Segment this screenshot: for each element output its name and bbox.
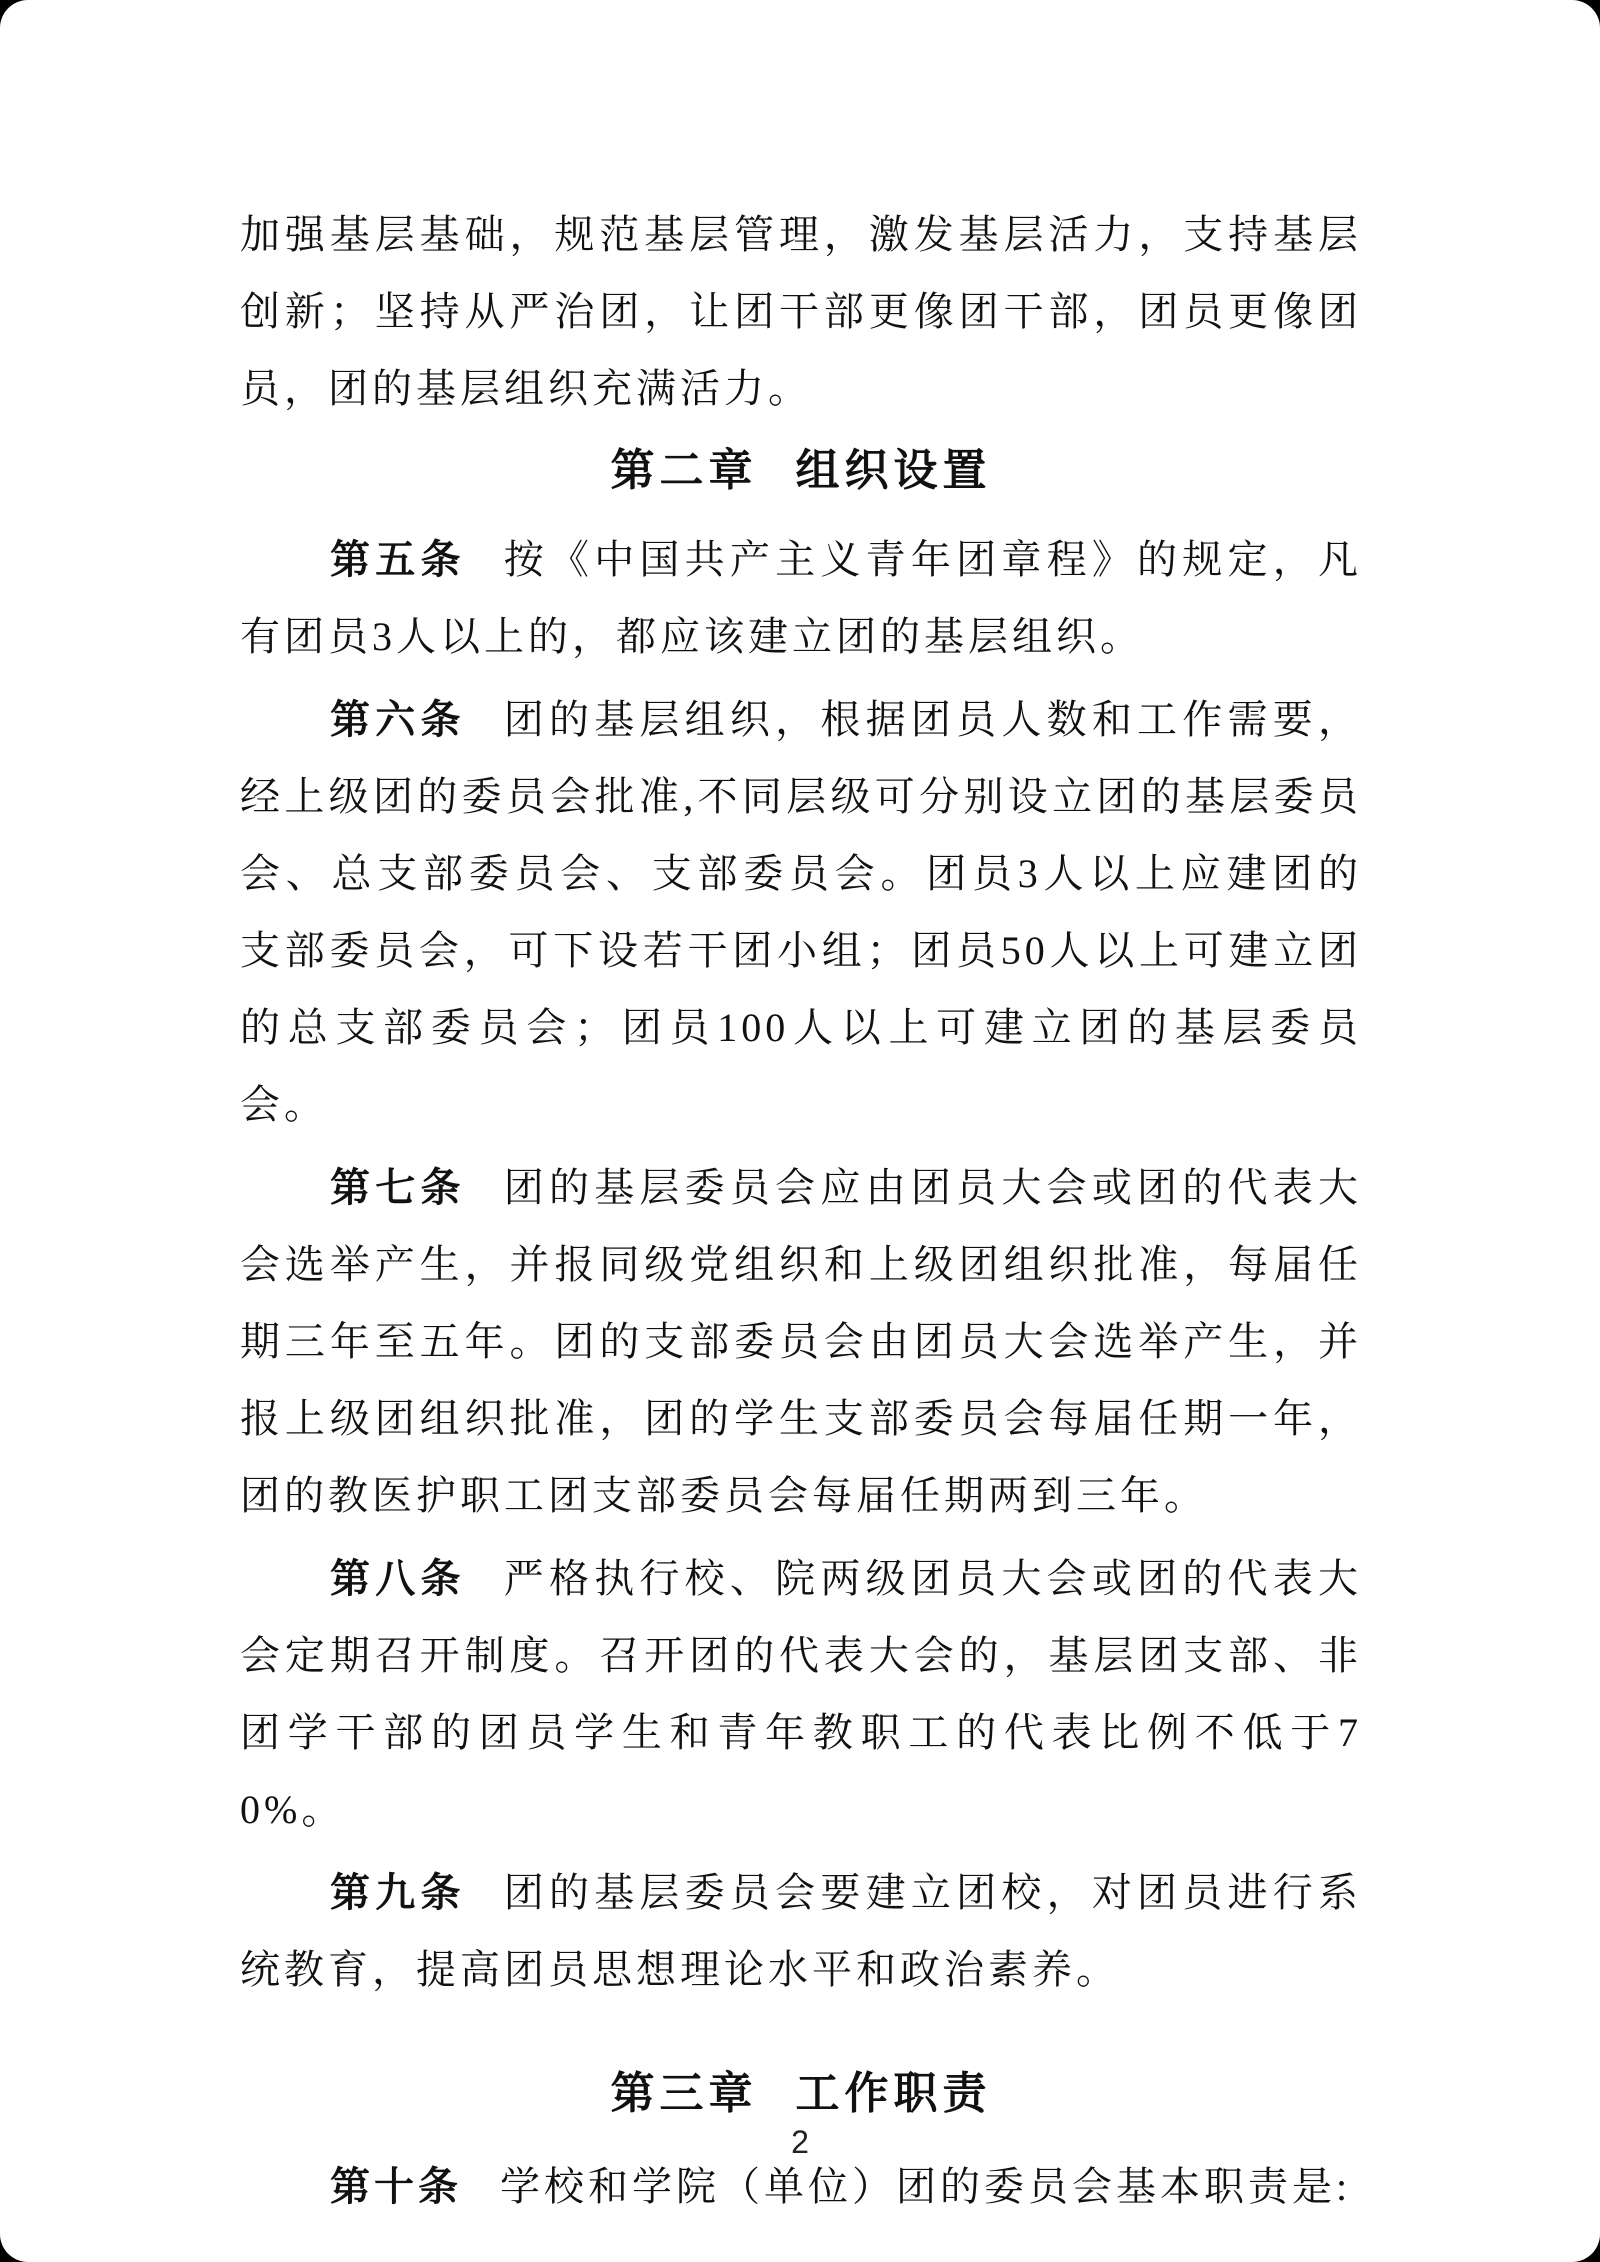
chapter-2-number: 第二章 bbox=[611, 446, 758, 495]
article-8: 第八条严格执行校、院两级团员大会或团的代表大会定期召开制度。召开团的代表大会的，… bbox=[240, 1540, 1362, 1848]
chapter-3-heading: 第三章工作职责 bbox=[240, 2064, 1362, 2124]
article-6-label: 第六条 bbox=[330, 697, 504, 742]
article-7-label: 第七条 bbox=[330, 1165, 504, 1210]
article-7: 第七条团的基层委员会应由团员大会或团的代表大会选举产生，并报同级党组织和上级团组… bbox=[240, 1149, 1362, 1534]
page-content: 加强基层基础，规范基层管理，激发基层活力，支持基层创新；坚持从严治团，让团干部更… bbox=[240, 0, 1362, 2231]
article-8-label: 第八条 bbox=[330, 1556, 504, 1601]
article-6: 第六条团的基层组织，根据团员人数和工作需要，经上级团的委员会批准,不同层级可分别… bbox=[240, 681, 1362, 1143]
page-number: 2 bbox=[0, 2122, 1600, 2162]
article-7-text: 团的基层委员会应由团员大会或团的代表大会选举产生，并报同级党组织和上级团组织批准… bbox=[240, 1165, 1362, 1518]
article-10-text: 学校和学院（单位）团的委员会基本职责是: bbox=[500, 2164, 1351, 2209]
article-9-label: 第九条 bbox=[330, 1870, 504, 1915]
article-5-label: 第五条 bbox=[330, 537, 504, 582]
article-9: 第九条团的基层委员会要建立团校，对团员进行系统教育，提高团员思想理论水平和政治素… bbox=[240, 1854, 1362, 2008]
article-6-text: 团的基层组织，根据团员人数和工作需要，经上级团的委员会批准,不同层级可分别设立团… bbox=[240, 697, 1362, 1127]
paragraph-continuation: 加强基层基础，规范基层管理，激发基层活力，支持基层创新；坚持从严治团，让团干部更… bbox=[240, 196, 1362, 427]
article-5: 第五条按《中国共产主义青年团章程》的规定，凡有团员3人以上的，都应该建立团的基层… bbox=[240, 521, 1362, 675]
document-page: 加强基层基础，规范基层管理，激发基层活力，支持基层创新；坚持从严治团，让团干部更… bbox=[0, 0, 1600, 2262]
chapter-3-number: 第三章 bbox=[611, 2069, 758, 2118]
chapter-2-heading: 第二章组织设置 bbox=[240, 441, 1362, 501]
chapter-3-title: 工作职责 bbox=[796, 2069, 992, 2118]
chapter-2-title: 组织设置 bbox=[796, 446, 992, 495]
article-10-label: 第十条 bbox=[330, 2164, 500, 2209]
